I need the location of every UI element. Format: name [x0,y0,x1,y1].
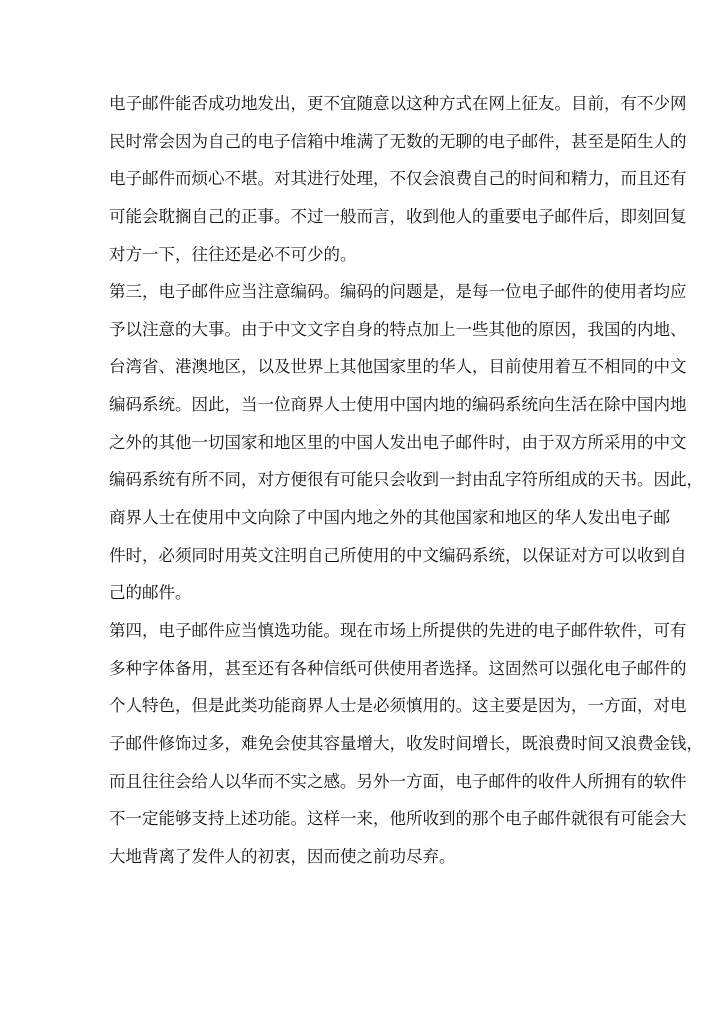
text-line-paragraph-end: 大地背离了发件人的初衷，因而使之前功尽弃。 [109,838,614,876]
text-line: 编码系统有所不同，对方便很有可能只会收到一封由乱字符所组成的天书。因此， [109,461,614,499]
text-line: 可能会耽搁自己的正事。不过一般而言，收到他人的重要电子邮件后，即刻回复 [109,198,614,236]
text-line: 多种字体备用，甚至还有各种信纸可供使用者选择。这固然可以强化电子邮件的 [109,650,614,688]
text-line-paragraph-end: 对方一下，往往还是必不可少的。 [109,236,614,274]
text-line: 民时常会因为自己的电子信箱中堆满了无数的无聊的电子邮件，甚至是陌生人的 [109,123,614,161]
text-line: 电子邮件而烦心不堪。对其进行处理，不仅会浪费自己的时间和精力，而且还有 [109,160,614,198]
text-line: 第四，电子邮件应当慎选功能。现在市场上所提供的先进的电子邮件软件，可有 [109,612,614,650]
text-line-paragraph-end: 己的邮件。 [109,574,614,612]
text-line: 不一定能够支持上述功能。这样一来，他所收到的那个电子邮件就很有可能会大 [109,800,614,838]
text-line: 件时，必须同时用英文注明自己所使用的中文编码系统，以保证对方可以收到自 [109,537,614,575]
text-line: 商界人士在使用中文向除了中国内地之外的其他国家和地区的华人发出电子邮 [109,499,614,537]
text-line: 之外的其他一切国家和地区里的中国人发出电子邮件时，由于双方所采用的中文 [109,424,614,462]
text-line: 而且往往会给人以华而不实之感。另外一方面，电子邮件的收件人所拥有的软件 [109,763,614,801]
document-page: 电子邮件能否成功地发出，更不宜随意以这种方式在网上征友。目前，有不少网 民时常会… [109,85,614,875]
text-line: 第三，电子邮件应当注意编码。编码的问题是，是每一位电子邮件的使用者均应 [109,273,614,311]
text-line: 予以注意的大事。由于中文文字自身的特点加上一些其他的原因，我国的内地、 [109,311,614,349]
text-line: 台湾省、港澳地区，以及世界上其他国家里的华人，目前使用着互不相同的中文 [109,348,614,386]
text-line: 个人特色，但是此类功能商界人士是必须慎用的。这主要是因为，一方面，对电 [109,687,614,725]
text-line: 编码系统。因此，当一位商界人士使用中国内地的编码系统向生活在除中国内地 [109,386,614,424]
text-line: 电子邮件能否成功地发出，更不宜随意以这种方式在网上征友。目前，有不少网 [109,85,614,123]
text-line: 子邮件修饰过多，难免会使其容量增大，收发时间增长，既浪费时间又浪费金钱， [109,725,614,763]
